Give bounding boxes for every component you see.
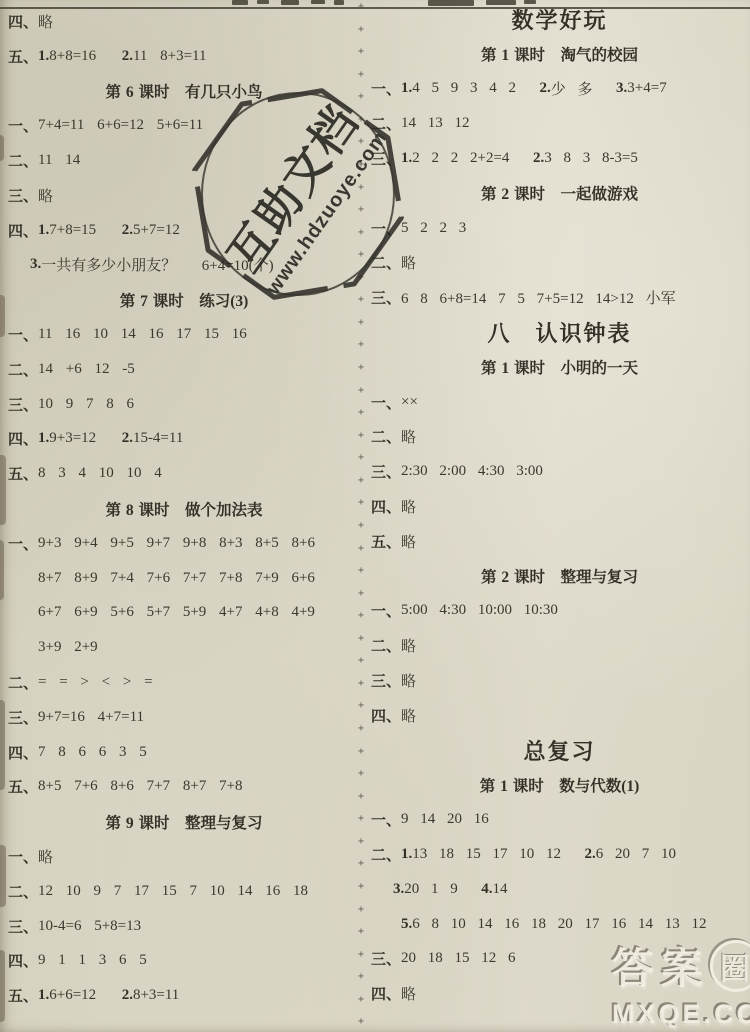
lesson-heading: 第 2 课时 整理与复习	[371, 559, 748, 594]
brand-char-circled: 圈	[710, 940, 750, 992]
answer-site-watermark: 答 案 圈 MXQE.COM	[612, 936, 750, 1030]
section-title: 总复习	[371, 733, 748, 768]
answer-line: 三、2:30 2:00 4:30 3:00	[371, 454, 748, 489]
answer-line: 二、略	[371, 246, 748, 281]
answer-line: 一、5 2 2 3	[371, 211, 748, 246]
answer-line: 四、略	[371, 489, 748, 524]
answer-line: 五、8 3 4 10 10 4	[8, 456, 360, 491]
lesson-heading: 第 1 课时 数与代数(1)	[371, 768, 748, 803]
answer-line: 三、10 9 7 8 6	[8, 387, 360, 422]
answer-line: 二、1.13 18 15 17 10 12 2.6 20 7 10	[371, 837, 748, 872]
answer-line: 三、略	[371, 663, 748, 698]
answer-line: 五、略	[371, 524, 748, 559]
lesson-heading: 第 6 课时 有几只小鸟	[8, 74, 360, 109]
brand-char: 答	[612, 936, 656, 996]
answer-line: 一、1.4 5 9 3 4 2 2.少 多 3.3+4=7	[371, 72, 748, 107]
answer-line: 8+7 8+9 7+4 7+6 7+7 7+8 7+9 6+6	[8, 561, 360, 596]
answer-line: 二、14 13 12	[371, 106, 748, 141]
lesson-heading: 第 2 课时 一起做游戏	[371, 176, 748, 211]
answer-line: 一、11 16 10 14 16 17 15 16	[8, 317, 360, 352]
brand-site-url: MXQE.COM	[612, 999, 750, 1030]
answer-line: 一、9 14 20 16	[371, 802, 748, 837]
answer-line: 三、略	[8, 178, 360, 213]
answer-line: 3+9 2+9	[8, 630, 360, 665]
answer-line: 一、9+3 9+4 9+5 9+7 9+8 8+3 8+5 8+6	[8, 526, 360, 561]
answer-line: 3.一共有多少小朋友？ 6+4=10(个)	[8, 248, 360, 283]
answer-line: 四、略	[371, 698, 748, 733]
answer-line: 二、14 +6 12 -5	[8, 352, 360, 387]
answer-line: 四、1.7+8=15 2.5+7=12	[8, 213, 360, 248]
answer-line: 三、10-4=6 5+8=13	[8, 909, 360, 944]
answer-line: 四、7 8 6 6 3 5	[8, 735, 360, 770]
answer-line: 四、1.9+3=12 2.15-4=11	[8, 422, 360, 457]
answers-left-column: 四、略五、1.8+8=16 2.11 8+3=11第 6 课时 有几只小鸟一、7…	[8, 4, 360, 1013]
answer-line: 四、9 1 1 3 6 5	[8, 944, 360, 979]
answer-line: 三、9+7=16 4+7=11	[8, 700, 360, 735]
lesson-heading: 第 1 课时 淘气的校园	[371, 37, 748, 72]
answer-line: 四、略	[8, 4, 360, 39]
answer-line: 一、5:00 4:30 10:00 10:30	[371, 594, 748, 629]
lesson-heading: 第 9 课时 整理与复习	[8, 804, 360, 839]
section-title: 数学好玩	[371, 2, 748, 37]
answer-line: 一、略	[8, 839, 360, 874]
answer-line: 一、××	[371, 385, 748, 420]
brand-char: 案	[661, 936, 705, 996]
answer-line: 二、11 14	[8, 143, 360, 178]
answer-line: 五、1.6+6=12 2.8+3=11	[8, 978, 360, 1013]
brand-name: 答 案 圈	[612, 936, 750, 996]
lesson-heading: 第 7 课时 练习(3)	[8, 282, 360, 317]
answer-line: 6+7 6+9 5+6 5+7 5+9 4+7 4+8 4+9	[8, 596, 360, 631]
answer-line: 二、略	[371, 628, 748, 663]
answer-line: 二、= = > < > =	[8, 665, 360, 700]
answer-line: 三、1.2 2 2 2+2=4 2.3 8 3 8-3=5	[371, 141, 748, 176]
answer-line: 三、6 8 6+8=14 7 5 7+5=12 14>12 小军	[371, 280, 748, 315]
lesson-heading: 第 1 课时 小明的一天	[371, 350, 748, 385]
section-title: 八 认识钟表	[371, 315, 748, 350]
answer-line: 3.20 1 9 4.14	[371, 872, 748, 907]
answer-line: 二、12 10 9 7 17 15 7 10 14 16 18	[8, 874, 360, 909]
answer-line: 二、略	[371, 420, 748, 455]
answers-right-column: 数学好玩第 1 课时 淘气的校园一、1.4 5 9 3 4 2 2.少 多 3.…	[371, 2, 748, 1011]
lesson-heading: 第 8 课时 做个加法表	[8, 491, 360, 526]
answer-line: 五、8+5 7+6 8+6 7+7 8+7 7+8	[8, 770, 360, 805]
answer-line: 五、1.8+8=16 2.11 8+3=11	[8, 39, 360, 74]
answer-line: 一、7+4=11 6+6=12 5+6=11	[8, 108, 360, 143]
